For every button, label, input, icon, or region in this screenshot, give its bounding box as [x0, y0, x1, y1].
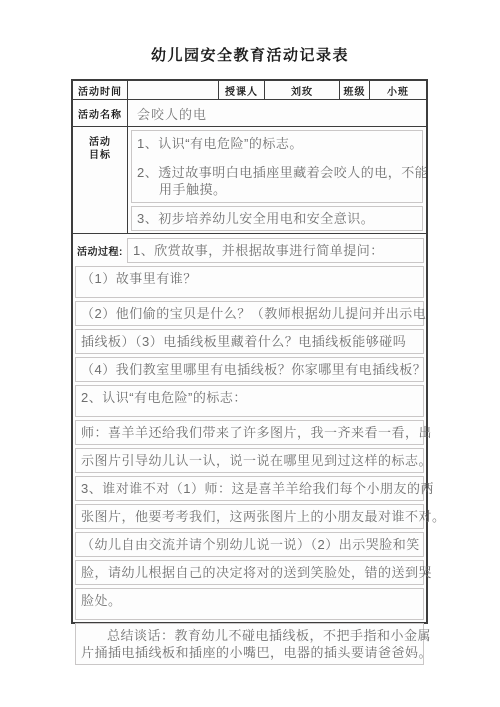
process-line: 2、认识“有电危险”的标志： — [75, 385, 424, 417]
goals-label-line1: 活动 — [73, 136, 127, 149]
summary-line2: 片捅插电插线板和插座的小嘴巴，电器的插头要请爸爸妈。 — [81, 644, 418, 661]
goals-content: 1、认识“有电危险”的标志。 2、透过故事明白电插座里藏着会咬人的电，不能 用手… — [128, 127, 426, 233]
goal-2-line2: 用手触摸。 — [137, 181, 417, 198]
record-table: 活动时间 授课人 刘玫 班级 小班 活动名称 会咬人的电 活动 目标 1、认识“… — [71, 79, 428, 624]
goal-2-line1: 2、透过故事明白电插座里藏着会咬人的电，不能 — [137, 164, 417, 181]
page-title: 幼儿园安全教育活动记录表 — [0, 44, 500, 65]
goals-label: 活动 目标 — [73, 127, 128, 233]
class-value: 小班 — [370, 81, 426, 99]
summary-box: 总结谈话：教育幼儿不碰电插线板，不把手指和小金属 片捅插电插线板和插座的小嘴巴，… — [75, 623, 424, 665]
document: 幼儿园安全教育活动记录表 活动时间 授课人 刘玫 班级 小班 活动名称 会咬人的… — [0, 0, 500, 707]
process-line: 师：喜羊羊还给我们带来了许多图片，我一齐来看一看，出 — [75, 420, 424, 445]
activity-time-label: 活动时间 — [73, 81, 128, 99]
process-line: 插线板）（3）电插线板里藏着什么？电插线板能够碰吗 — [75, 329, 424, 354]
header-row: 活动时间 授课人 刘玫 班级 小班 — [73, 81, 426, 100]
activity-time-value — [128, 81, 219, 99]
goals-box-1: 1、认识“有电危险”的标志。 2、透过故事明白电插座里藏着会咬人的电，不能 用手… — [131, 130, 423, 203]
process-line: （4）我们教室里哪里有电插线板？你家哪里有电插线板？ — [75, 357, 424, 382]
process-row: 活动过程: 1、欣赏故事，并根据故事进行简单提问： （1）故事里有谁？ （2）他… — [73, 234, 426, 624]
goal-1: 1、认识“有电危险”的标志。 — [137, 135, 417, 152]
activity-name-row: 活动名称 会咬人的电 — [73, 100, 426, 127]
goal-spacer — [137, 152, 417, 164]
page: { "page": { "title": "幼儿园安全教育活动记录表" }, "… — [0, 0, 500, 707]
process-line: 张图片，他要考考我们，这两张图片上的小朋友最对谁不对。 — [75, 504, 424, 529]
process-line: （幼儿自由交流并请个别幼儿说一说）（2）出示哭脸和笑 — [75, 532, 424, 557]
activity-name-value: 会咬人的电 — [128, 100, 426, 126]
activity-name-label: 活动名称 — [73, 100, 128, 126]
instructor-label: 授课人 — [219, 81, 265, 99]
goals-label-line2: 目标 — [73, 149, 127, 162]
process-line: （1）故事里有谁？ — [75, 266, 424, 298]
instructor-value: 刘玫 — [265, 81, 340, 99]
process-line-intro: 1、欣赏故事，并根据故事进行简单提问： — [127, 238, 424, 263]
class-label: 班级 — [340, 81, 370, 99]
process-line: 脸，请幼儿根据自己的决定将对的送到笑脸处，错的送到哭 — [75, 560, 424, 585]
goals-box-2: 3、初步培养幼儿安全用电和安全意识。 — [131, 206, 423, 231]
process-line: 脸处。 — [75, 588, 424, 620]
goal-3: 3、初步培养幼儿安全用电和安全意识。 — [137, 210, 417, 227]
summary-line1: 总结谈话：教育幼儿不碰电插线板，不把手指和小金属 — [81, 627, 418, 644]
process-line: 3、谁对谁不对（1）师：这是喜羊羊给我们每个小朋友的两 — [75, 476, 424, 501]
process-first-line: 活动过程: 1、欣赏故事，并根据故事进行简单提问： — [75, 236, 424, 263]
process-label: 活动过程: — [75, 236, 127, 258]
process-line: 示图片引导幼儿认一认，说一说在哪里见到过这样的标志。 — [75, 448, 424, 473]
goals-row: 活动 目标 1、认识“有电危险”的标志。 2、透过故事明白电插座里藏着会咬人的电… — [73, 127, 426, 234]
process-line: （2）他们偷的宝贝是什么？（教师根据幼儿提问并出示电 — [75, 301, 424, 326]
